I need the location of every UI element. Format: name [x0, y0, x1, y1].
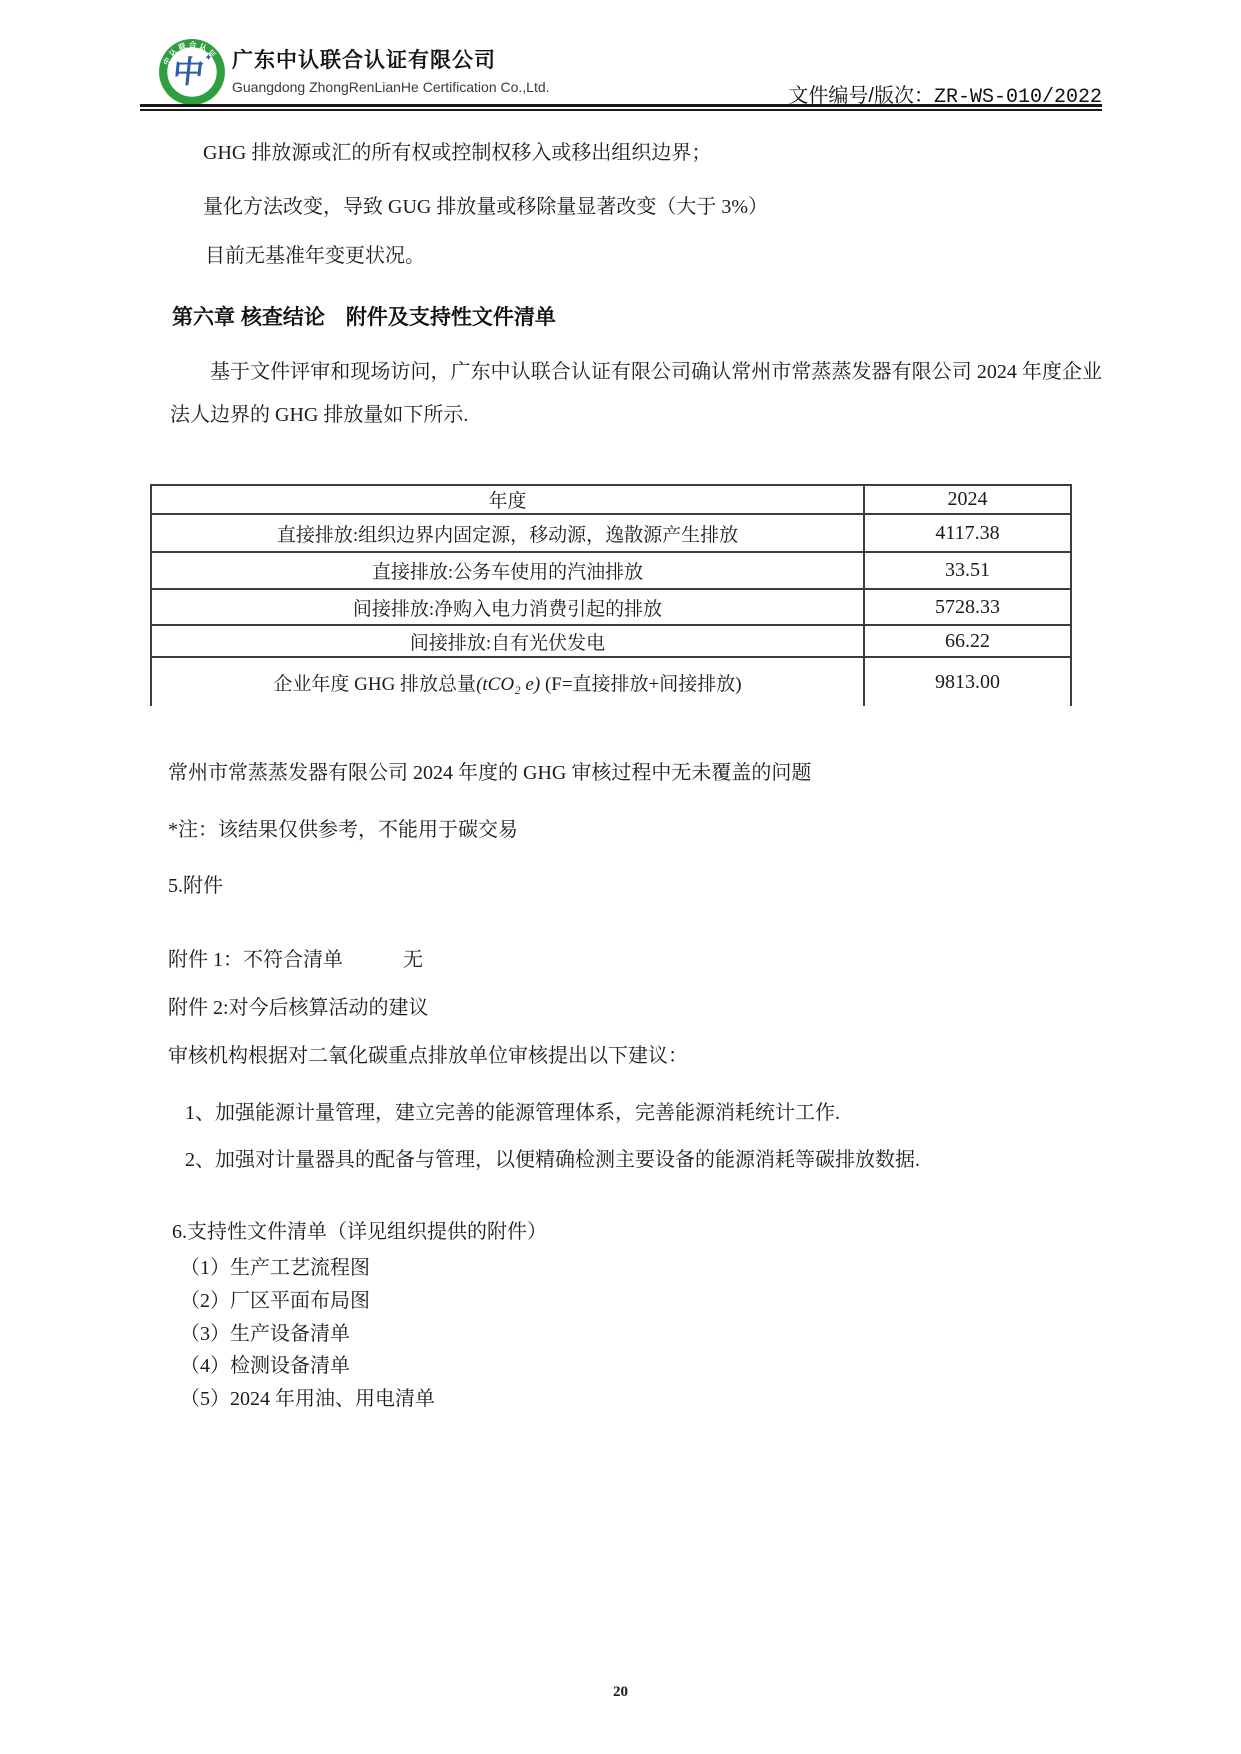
- ghg-emissions-table: 年度 2024 直接排放:组织边界内固定源，移动源，逸散源产生排放 4117.3…: [150, 484, 1072, 706]
- header-divider: [140, 104, 1102, 111]
- paragraph-no-baseline-change: 目前无基准年变更状况。: [205, 244, 425, 268]
- total-label-unit: (tCO₂ e): [476, 674, 540, 695]
- table-row: 直接排放:公务车使用的汽油排放 33.51: [151, 552, 1071, 589]
- supporting-doc-item-3: （3）生产设备清单: [180, 1322, 350, 1346]
- table-row: 年度 2024: [151, 485, 1071, 514]
- supporting-doc-item-1: （1）生产工艺流程图: [180, 1256, 370, 1280]
- chapter-heading: 第六章 核查结论 附件及支持性文件清单: [172, 301, 556, 331]
- annex2-suggestions: 附件 2:对今后核算活动的建议: [168, 996, 429, 1020]
- suggestion-item-2: 2、加强对计量器具的配备与管理，以便精确检测主要设备的能源消耗等碳排放数据.: [185, 1148, 920, 1172]
- table-row: 间接排放:净购入电力消费引起的排放 5728.33: [151, 589, 1071, 625]
- supporting-doc-item-4: （4）检测设备清单: [180, 1354, 350, 1378]
- supporting-doc-item-2: （2）厂区平面布局图: [180, 1289, 370, 1313]
- row-direct-vehicle-value: 33.51: [864, 552, 1071, 589]
- suggestion-item-1: 1、加强能源计量管理，建立完善的能源管理体系，完善能源消耗统计工作.: [185, 1101, 840, 1125]
- paragraph-quantification-change: 量化方法改变，导致 GUG 排放量或移除量显著改变（大于 3%）: [203, 195, 768, 219]
- company-name-cn: 广东中认联合认证有限公司: [232, 44, 496, 74]
- table-row-total: 企业年度 GHG 排放总量(tCO₂ e) (F=直接排放+间接排放) 9813…: [151, 657, 1071, 706]
- annex1-nonconformity-list: 附件 1：不符合清单 无: [168, 948, 423, 972]
- total-label-formula: (F=直接排放+间接排放): [540, 674, 741, 695]
- row-indirect-pv-value: 66.22: [864, 625, 1071, 657]
- paragraph-no-uncovered-issue: 常州市常蒸蒸发器有限公司 2024 年度的 GHG 审核过程中无未覆盖的问题: [168, 761, 811, 785]
- table-row: 直接排放:组织边界内固定源，移动源，逸散源产生排放 4117.38: [151, 514, 1071, 552]
- table-row: 间接排放:自有光伏发电 66.22: [151, 625, 1071, 657]
- section5-title: 5.附件: [168, 874, 223, 898]
- row-indirect-pv-label: 间接排放:自有光伏发电: [151, 625, 864, 657]
- row-direct-stationary-value: 4117.38: [864, 514, 1071, 552]
- supporting-doc-item-5: （5）2024 年用油、用电清单: [180, 1387, 435, 1411]
- auditor-suggestions-intro: 审核机构根据对二氧化碳重点排放单位审核提出以下建议：: [168, 1044, 688, 1068]
- row-total-label: 企业年度 GHG 排放总量(tCO₂ e) (F=直接排放+间接排放): [151, 657, 864, 706]
- paragraph-ghg-boundary: GHG 排放源或汇的所有权或控制权移入或移出组织边界；: [203, 141, 711, 165]
- company-name-en: Guangdong ZhongRenLianHe Certification C…: [232, 79, 550, 95]
- total-label-pre: 企业年度 GHG 排放总量: [273, 674, 476, 695]
- row-total-value: 9813.00: [864, 657, 1071, 706]
- page-number: 20: [0, 1684, 1241, 1701]
- logo-emblem-glyph: 中: [171, 54, 206, 89]
- row-indirect-electricity-label: 间接排放:净购入电力消费引起的排放: [151, 589, 864, 625]
- document-page: 中认联合认证 ZHONGRENLIANHE CERTIFICATION 中 ✦ …: [0, 0, 1241, 1754]
- note-reference-only: *注：该结果仅供参考，不能用于碳交易: [168, 818, 518, 842]
- logo-star-icon: ✦: [204, 54, 212, 64]
- paragraph-confirmation: 基于文件评审和现场访问，广东中认联合认证有限公司确认常州市常蒸蒸发器有限公司 2…: [170, 351, 1102, 437]
- row-indirect-electricity-value: 5728.33: [864, 589, 1071, 625]
- row-direct-stationary-label: 直接排放:组织边界内固定源，移动源，逸散源产生排放: [151, 514, 864, 552]
- section6-title: 6.支持性文件清单（详见组织提供的附件）: [172, 1220, 547, 1244]
- company-logo-icon: 中认联合认证 ZHONGRENLIANHE CERTIFICATION 中 ✦: [158, 38, 226, 106]
- table-header-year-value: 2024: [864, 485, 1071, 514]
- row-direct-vehicle-label: 直接排放:公务车使用的汽油排放: [151, 552, 864, 589]
- table-header-year-label: 年度: [151, 485, 864, 514]
